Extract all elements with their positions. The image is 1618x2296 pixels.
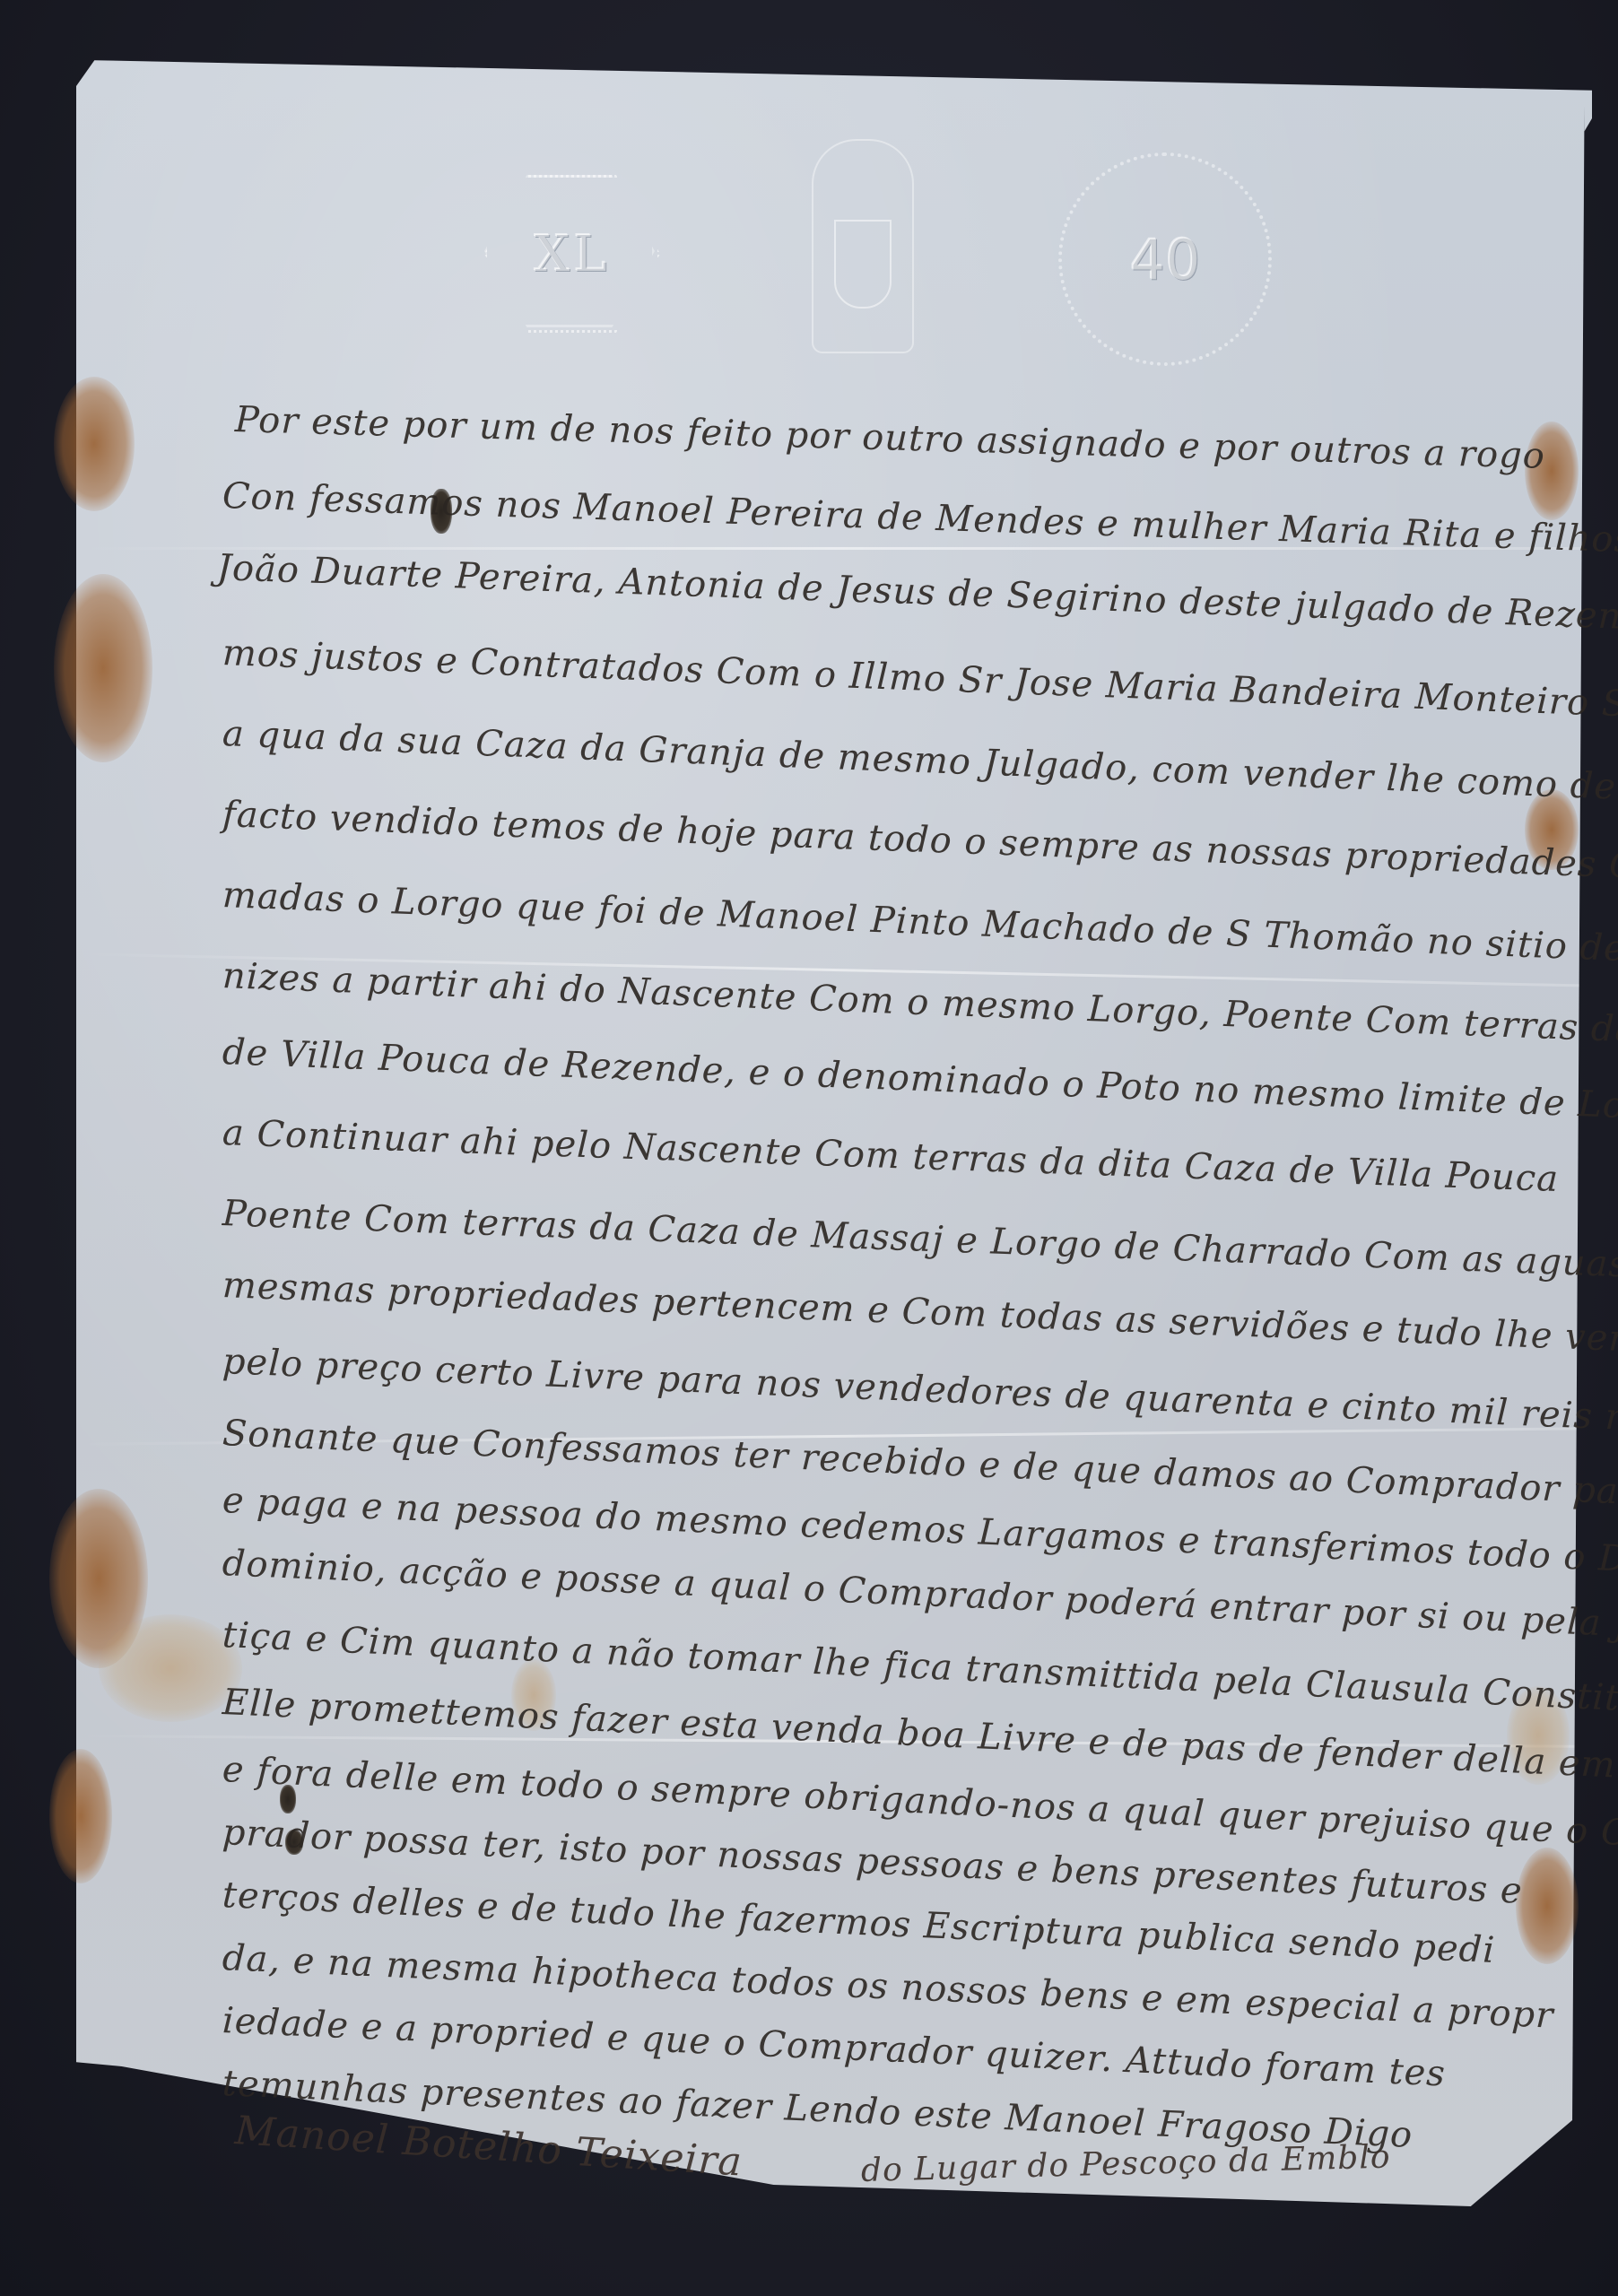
text-line: João Duarte Pereira, Antonia de Jesus de… <box>216 547 1618 643</box>
text-line: mos justos e Contratados Com o Illmo Sr … <box>222 632 1618 727</box>
text-line: Por este por um de nos feito por outro a… <box>234 399 1545 477</box>
text-line: a qua da sua Caza da Granja de mesmo Jul… <box>222 713 1617 808</box>
text-line: a Continuar ahi pelo Nascente Com terras… <box>222 1112 1560 1200</box>
handwritten-text: Por este por um de nos feito por outro a… <box>0 0 1618 2296</box>
text-line: Con fessamos nos Manoel Pereira de Mende… <box>222 475 1618 561</box>
text-line: madas o Lorgo que foi de Manoel Pinto Ma… <box>222 874 1618 972</box>
text-line: facto vendido temos de hoje para todo o … <box>222 794 1618 889</box>
text-line: de Villa Pouca de Rezende, e o denominad… <box>222 1031 1618 1130</box>
text-line-place: do Lugar do Pescoço da Emblo <box>860 2139 1391 2189</box>
